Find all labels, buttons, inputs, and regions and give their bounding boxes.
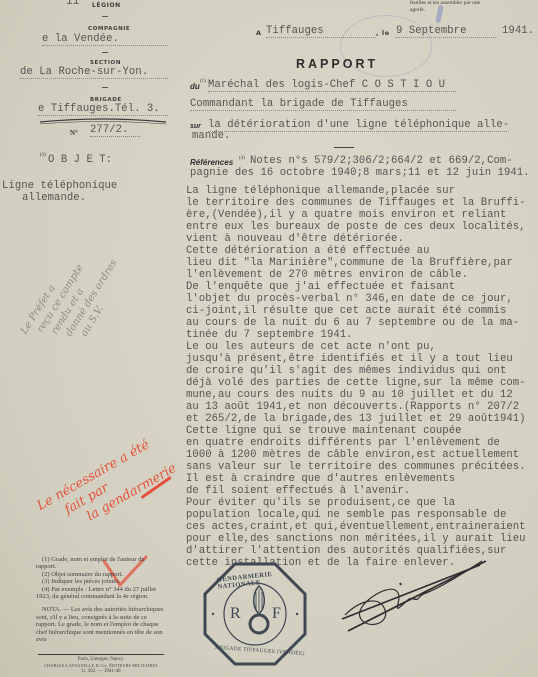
objet-line-2: allemande. [22, 192, 86, 204]
note-line: feuilles et les assembler par une [410, 0, 480, 7]
body-line: mune,au cours des nuits du 9 au 10 juill… [186, 389, 538, 401]
divider [334, 147, 354, 148]
author-role: Commandant la brigade de Tiffauges [190, 98, 456, 111]
body-line: Il est à craindre que d'autres enlèvemen… [186, 473, 538, 485]
divider [102, 87, 108, 88]
subject-line-2: mande. [192, 130, 230, 142]
body-line: l'enlèvement de 270 mètres environ de câ… [186, 269, 538, 281]
numero-value: 277/2. [90, 124, 140, 137]
legion-number: 11 [66, 0, 79, 8]
body-line: au 13 août 1941,et non découverts.(Rappo… [186, 401, 538, 413]
body-line: pour elle,des sanctions non méritées,il … [186, 533, 538, 545]
imprint-line-3: G. 302. — 1941-40 [30, 669, 172, 675]
divider [102, 52, 108, 53]
numero-label: N° [70, 129, 78, 137]
body-line: ère,(Vendée),il y a quatre mois environ … [186, 209, 538, 221]
body-line: ci-joint,il résulte que cet acte aurait … [186, 305, 538, 317]
body-line: déjà volé des parties de cette ligne,sur… [186, 377, 538, 389]
objet-note-ref: (3) [40, 153, 46, 158]
divider [102, 16, 108, 17]
legion-label: LÉGION [92, 2, 121, 9]
body-line: l'objet du procès-verbal n° 346,en date … [186, 293, 538, 305]
pencil-annotation: Le Préfet a reçu ce compte rendu et a do… [18, 237, 131, 365]
report-title: RAPPORT [296, 57, 378, 71]
references-note-ref: (4) [239, 156, 245, 161]
author-name: Maréchal des logis-Chef C O S T I O U [208, 79, 456, 92]
footnote-3: (3) Indiquer les pièces jointes. [36, 578, 166, 585]
nota: NOTA. — Les avis des autorités hiérarchi… [36, 606, 166, 643]
du-label: du [190, 82, 200, 91]
body-line: en quatre endroits différents par l'enlè… [186, 437, 538, 449]
body-line: vient à nouveau d'être détériorée. [186, 233, 538, 245]
references-line-2: pagnie des 16 octobre 1940;8 mars;11 et … [190, 167, 530, 179]
body-line: lieu dit "la Marinière",commune de la Br… [186, 257, 538, 269]
body-line: Le ou les auteurs de cet acte n'ont pu, [186, 341, 538, 353]
du-note-ref: (1) [200, 79, 206, 84]
body-line: La ligne téléphonique allemande,placée s… [186, 185, 538, 197]
body-line: de croire qu'il s'agit des mêmes individ… [186, 365, 538, 377]
body-line: Pour éviter qu'ils se produisent,ce que … [186, 497, 538, 509]
imprint-rule [38, 654, 164, 655]
stamp-letter-r: R [230, 605, 241, 623]
body-line: de fil soient effectués à l'avenir. [186, 485, 538, 497]
footnote-2: (2) Objet sommaire du rapport. [36, 571, 166, 578]
imprint: Paris, Limoges, Nancy. CHARLES-LAVAUZELL… [30, 657, 172, 675]
a-label: A [256, 29, 262, 37]
references-line-1: Notes n°s 579/2;306/2;664/2 et 669/2,Com… [250, 155, 513, 167]
body-line: le territoire des communes de Tiffauges … [186, 197, 538, 209]
references-label: Références [190, 158, 233, 167]
stamp-letter-f: F [272, 605, 281, 623]
compagnie-label: COMPAGNIE [88, 26, 130, 32]
body-line: ces actes,craint,et qui,éventuellement,e… [186, 521, 538, 533]
body-line: Cette ligne qui se trouve maintenant cou… [186, 425, 538, 437]
report-body: La ligne téléphonique allemande,placée s… [186, 185, 538, 569]
compagnie-value: e la Vendée. [42, 33, 168, 46]
note-line: agrafe. [410, 7, 480, 14]
body-line: Cette détérioration a été effectuée au [186, 245, 538, 257]
gendarmerie-stamp: GENDARMERIE NATIONALE R F BRIGADE TIFFAU… [203, 562, 307, 666]
body-line: De l'enquête que j'ai effectuée et faisa… [186, 281, 538, 293]
objet-label: O B J E T: [48, 154, 112, 166]
body-line: et 265/2,de la brigade,des 13 juillet et… [186, 413, 538, 425]
body-line: sans valeur sur le territoire des commun… [186, 461, 538, 473]
sur-label: sur [190, 123, 201, 130]
header-left: 11 LÉGION COMPAGNIE e la Vendée. SECTION… [0, 0, 200, 150]
section-value: de La Roche-sur-Yon. [20, 66, 168, 79]
year-value: 1941. [502, 25, 534, 37]
body-line: jusqu'à présent,être identifiés et il y … [186, 353, 538, 365]
body-line: 1000 à 1200 mètres de câble environ,est … [186, 449, 538, 461]
top-right-note: feuilles et les assembler par une agrafe… [410, 0, 480, 13]
body-line: entre eux les bureaux de poste de ces de… [186, 221, 538, 233]
signature-icon [340, 555, 490, 640]
body-line: population locale,qui ne semble pas resp… [186, 509, 538, 521]
objet-line-1: Ligne téléphonique [2, 180, 117, 192]
footnote-4: (4) Par exemple : Lettre n° 344 du 27 ju… [36, 586, 166, 601]
brigade-value: e Tiffauges.Tél. 3. [38, 103, 168, 116]
nota-label: NOTA. [42, 606, 61, 613]
footnote-1: (1) Grade, nom et emploi de l'auteur du … [36, 556, 166, 571]
body-line: au cours de la nuit du 6 au 7 septembre … [186, 317, 538, 329]
subject-line-1: la détérioration d'une ligne téléphoniqu… [208, 119, 509, 132]
footnotes: (1) Grade, nom et emploi de l'auteur du … [36, 556, 166, 643]
body-line: tinée du 7 septembre 1941. [186, 329, 538, 341]
